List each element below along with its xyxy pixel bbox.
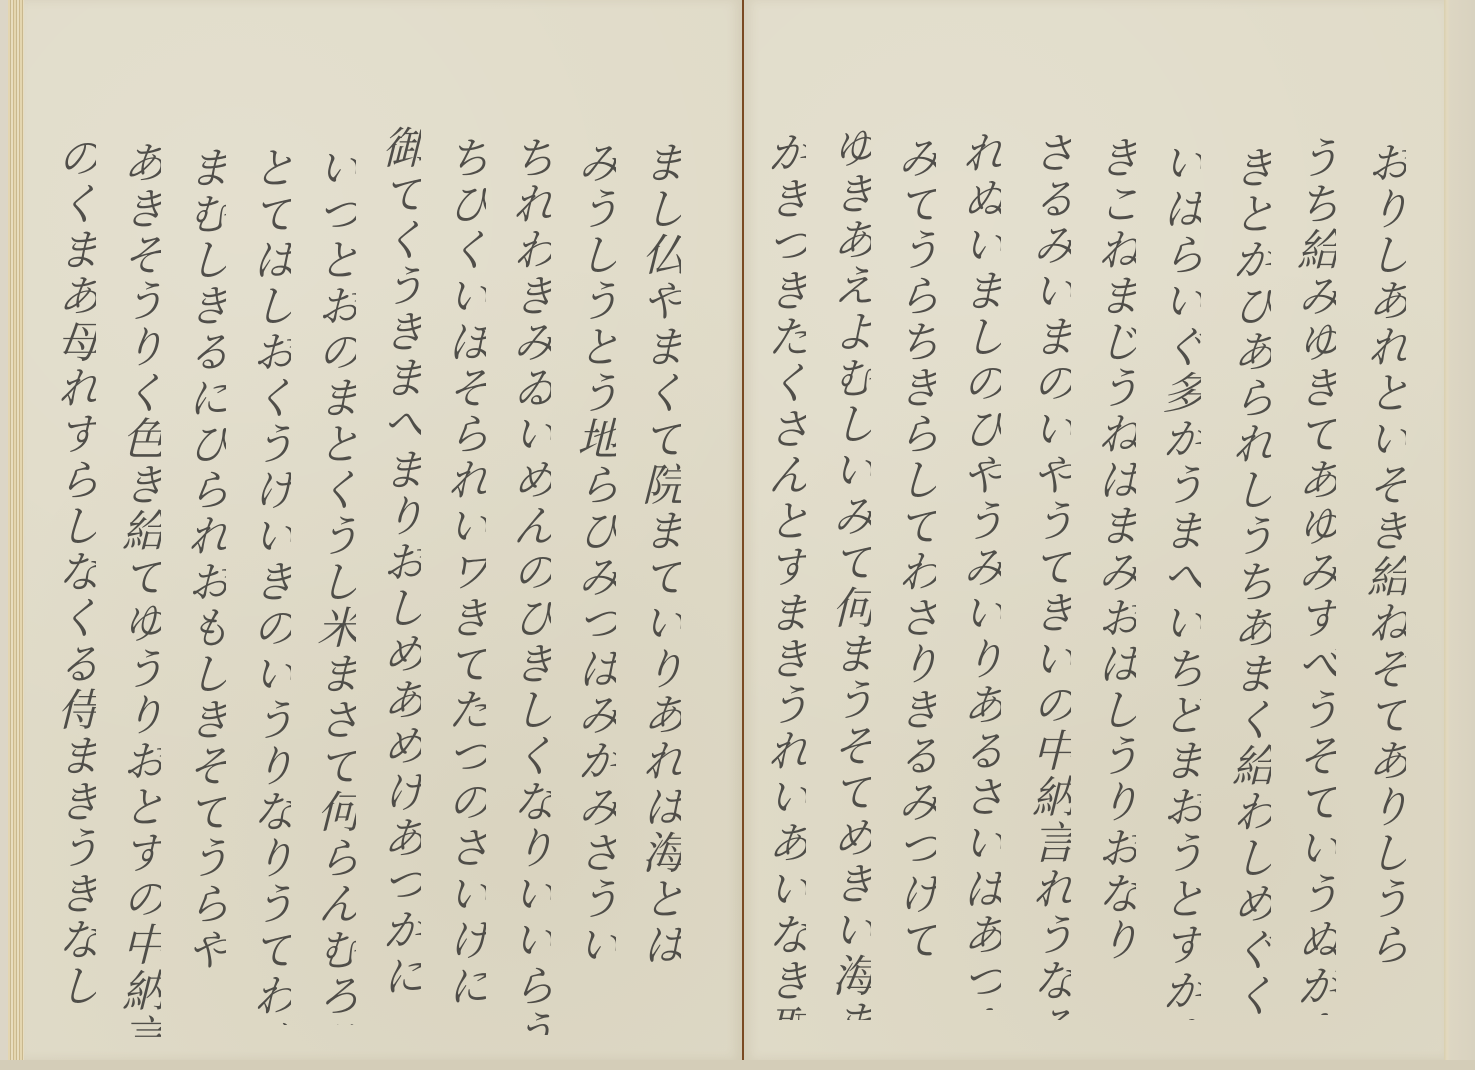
page-edges-left [8,0,24,1070]
left-page-column: いつとおのまとくうし米まさて何らんむろそ [306,145,356,1025]
right-page-column: かきつきたくさんとすまきうれいあいなき取る [756,130,806,1020]
right-page-column: さるみいまのいやうてきいの中納言れうなるに [1021,130,1071,1020]
left-page-column: とてはしおくうけいきのいうりなりうてわく [241,145,291,1025]
right-page-column: ゆきあえよむしいみて何まうそてめきい海まにを [821,125,871,1020]
left-page-column: のくまあ母れすらしなくる侍まきうきなし [46,135,96,1005]
left-page-column: まし仏やまくて院まていりあれは海とは [631,140,681,1000]
left-page-column: ちれわきみゐいめんのひきしくなりいいらう [501,135,551,1035]
right-page-column: れぬいましのひやうみいりあるさいはあつき日 [951,130,1001,1010]
left-page-column: 御てくうきまへまりおしめあめけあつかに [371,125,421,1025]
page-edge-right [1444,0,1475,1070]
right-page-column: きとかひあられしうちあまく給わしめぐく [1221,145,1271,1015]
left-page-column: あきそうりく色き給てゆうりおとすの中納言 [111,140,161,1040]
left-page-column: ちひくいほそられいワきてたつのさいけに [436,135,486,1035]
left-page-column: まむしきるにひられおもしきそてうらや [176,145,226,1045]
right-page-column: おりしあれといそぎ給ねぞてありしうられ [1356,140,1406,970]
right-page-column: いはらいぐ多かうまへいちどまおうとすかぬそ [1151,140,1201,1020]
right-page-column: みてうらちきらしてわさりきるみつけて [886,135,936,995]
page-edge-bottom [0,1060,1475,1070]
open-book: おりしあれといそぎ給ねぞてありしうられ うち給みゆきてあゆみすべうそていうぬがき… [0,0,1475,1070]
left-page-column: みうしうとう地らひみつはみかみさうい [566,140,616,1030]
right-page-column: きこねまじうねはまみおはしうりおなり [1086,135,1136,1015]
right-page-column: うち給みゆきてあゆみすべうそていうぬがきを [1286,135,1336,1015]
